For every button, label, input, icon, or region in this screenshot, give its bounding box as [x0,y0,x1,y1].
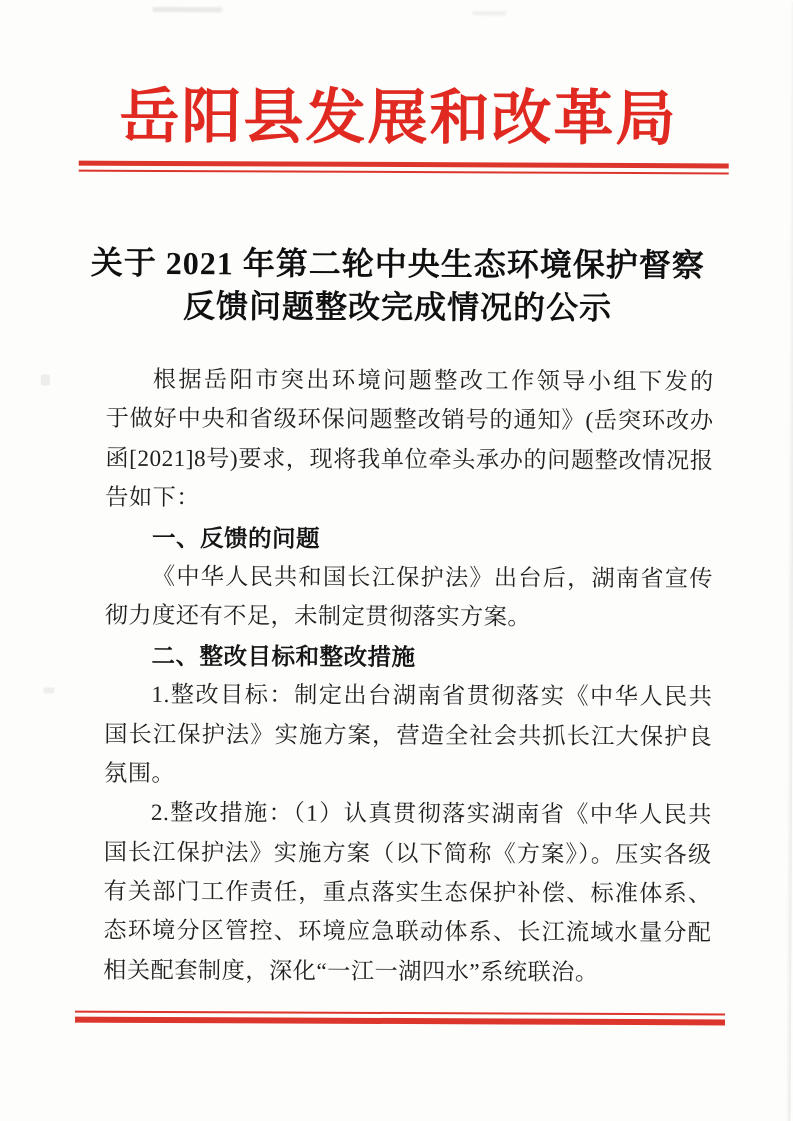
scanned-document-page: 岳阳县发展和改革局 关于 2021 年第二轮中央生态环境保护督察 反馈问题整改完… [0,0,793,1121]
body-line: 函[2021]8号)要求，现将我单位牵头承办的问题整改情况报 [105,440,713,482]
body-line: 态环境分区管控、环境应急联动体系、长江流域水量分配等 [103,912,711,954]
document-body: 根据岳阳市突出环境问题整改工作领导小组下发的《关于做好中央和省级环保问题整改销号… [103,361,714,994]
body-line: 1.整改目标：制定出台湖南省贯彻落实《中华人民共和 [104,676,712,718]
scan-artifact [152,7,222,12]
body-line: 相关配套制度，深化“一江一湖四水”系统联治。 [103,952,711,994]
letterhead-rule-thick [79,161,729,169]
letterhead-rule-thin [79,170,729,175]
agency-letterhead: 岳阳县发展和改革局 [2,82,793,153]
body-line: 有关部门工作责任，重点落实生态保护补偿、标准体系、生 [103,873,711,915]
body-line: 告如下： [105,479,713,521]
body-line: 于做好中央和省级环保问题整改销号的通知》(岳突环改办 [106,400,714,442]
body-line: 根据岳阳市突出环境问题整改工作领导小组下发的《关 [106,361,714,403]
scan-edge-shadow [786,2,793,1121]
section-heading: 一、反馈的问题 [105,518,713,560]
scan-artifact [43,687,54,693]
footer-rule-thin [75,1011,725,1016]
scan-artifact [41,374,50,385]
body-line: 2.整改措施：（1）认真贯彻落实湖南省《中华人民共和 [104,794,712,836]
document-content: 岳阳县发展和改革局 关于 2021 年第二轮中央生态环境保护督察 反馈问题整改完… [0,0,793,1121]
body-line: 国长江保护法》实施方案，营造全社会共抓长江大保护良好 [104,715,712,757]
document-title: 关于 2021 年第二轮中央生态环境保护督察 反馈问题整改完成情况的公示 [1,241,793,330]
scan-artifact [472,11,506,15]
body-line: 氛围。 [104,755,712,797]
footer-rule-thick [75,1017,725,1026]
document-title-line1: 关于 2021 年第二轮中央生态环境保护督察 [1,241,793,287]
document-title-line2: 反馈问题整改完成情况的公示 [1,284,793,330]
body-line: 彻力度还有不足，未制定贯彻落实方案。 [105,597,713,639]
section-heading: 二、整改目标和整改措施 [104,636,712,678]
body-line: 《中华人民共和国长江保护法》出台后，湖南省宣传贯 [105,558,713,600]
body-line: 国长江保护法》实施方案（以下简称《方案》）。压实各级各 [104,833,712,875]
